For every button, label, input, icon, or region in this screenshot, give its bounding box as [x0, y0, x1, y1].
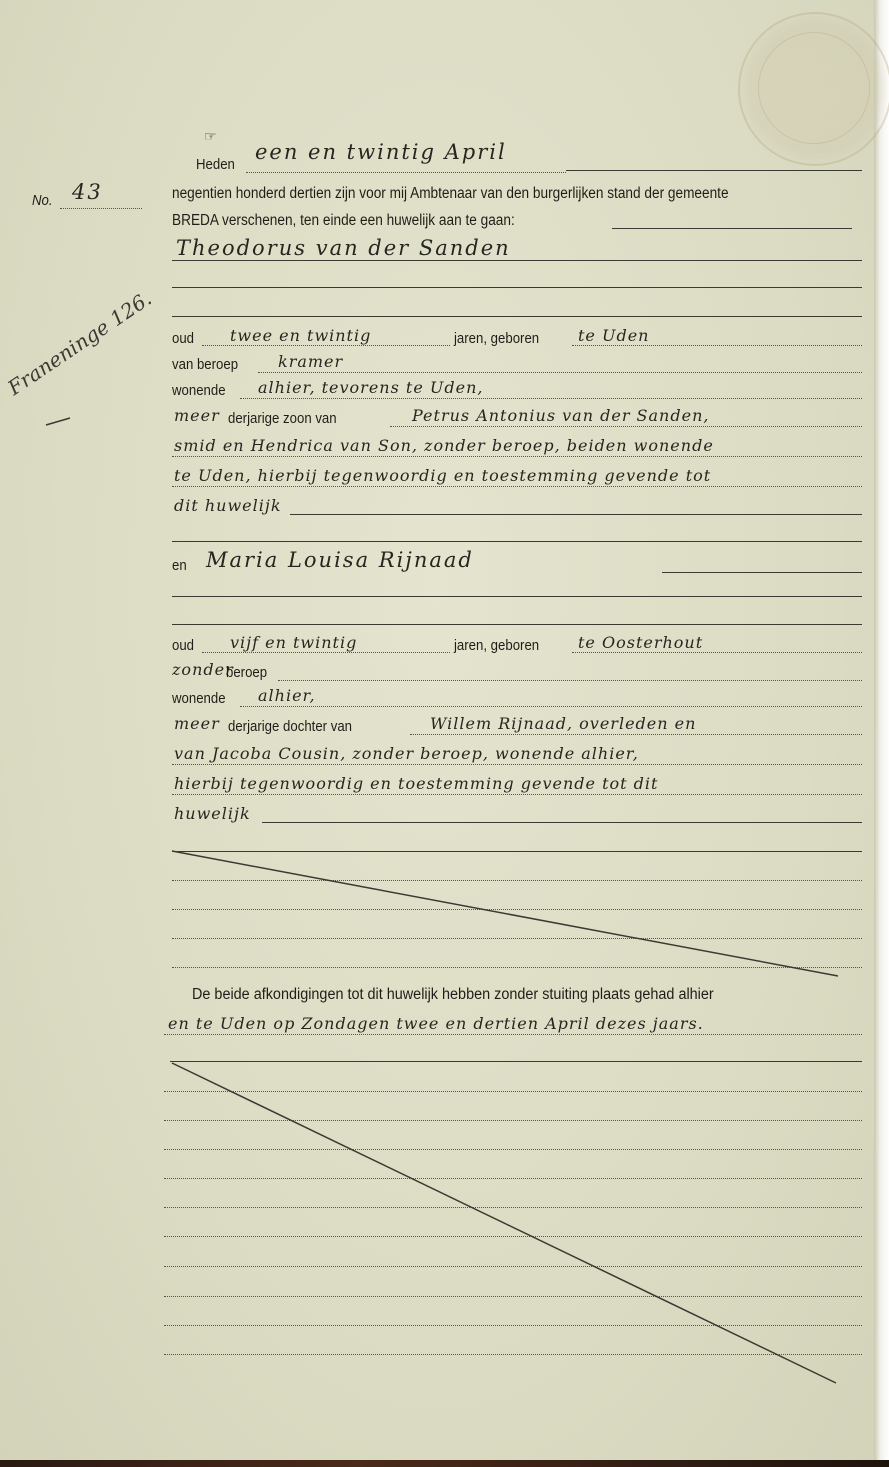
bottom-line-8 — [164, 1296, 862, 1297]
bride-age-line — [202, 652, 450, 653]
groom-residence: alhier, tevorens te Uden, — [258, 378, 483, 397]
bride-birthplace: te Oosterhout — [578, 633, 703, 652]
blank-line-1 — [172, 851, 862, 852]
groom-parents-line4-rule — [290, 514, 862, 515]
groom-son-label: derjarige zoon van — [228, 410, 337, 427]
bride-name-line — [662, 572, 862, 573]
bride-parents-line1-rule — [410, 734, 862, 735]
page-edge — [874, 0, 889, 1467]
bottom-line-9 — [164, 1325, 862, 1326]
seal-inner-ring — [758, 32, 870, 144]
record-number: 43 — [72, 180, 103, 204]
groom-parents-line2-rule — [172, 456, 862, 457]
groom-occupation-line — [258, 372, 862, 373]
groom-occupation: kramer — [278, 352, 343, 371]
bride-en-label: en — [172, 557, 187, 574]
bottom-line-4 — [164, 1178, 862, 1179]
bride-parents-line3-rule — [172, 794, 862, 795]
header-line2: negentien honderd dertien zijn voor mij … — [172, 185, 729, 203]
embossed-seal-icon — [738, 12, 889, 166]
bottom-line-10 — [164, 1354, 862, 1355]
header-line3-fill — [612, 228, 852, 229]
bride-jaren-label: jaren, geboren — [454, 637, 539, 654]
bottom-line-6 — [164, 1236, 862, 1237]
bottom-line-5 — [164, 1207, 862, 1208]
groom-jaren-label: jaren, geboren — [454, 330, 539, 347]
bride-parents-line4: huwelijk — [174, 804, 251, 823]
blank-line-3 — [172, 909, 862, 910]
groom-name-line3 — [172, 316, 862, 317]
bottom-line-1 — [164, 1091, 862, 1092]
groom-name-line — [172, 260, 862, 261]
bride-oud-label: oud — [172, 637, 194, 654]
bottom-line-2 — [164, 1120, 862, 1121]
groom-birthplace-line — [572, 345, 862, 346]
bride-age: vijf en twintig — [230, 633, 357, 652]
groom-age-line — [202, 345, 450, 346]
blank-line-2 — [172, 880, 862, 881]
bride-parents-line2-rule — [172, 764, 862, 765]
bride-beroep-label: beroep — [226, 664, 267, 681]
groom-beroep-label: van beroep — [172, 356, 238, 373]
groom-parents-line2: smid en Hendrica van Son, zonder beroep,… — [174, 436, 714, 455]
bottom-line-7 — [164, 1266, 862, 1267]
bride-wonende-label: wonende — [172, 690, 226, 707]
bottom-line-3 — [164, 1149, 862, 1150]
bottom-line-0 — [170, 1061, 862, 1062]
proclamations-line — [164, 1034, 862, 1035]
groom-name-line2 — [172, 287, 862, 288]
groom-birthplace: te Uden — [578, 326, 649, 345]
record-number-line — [60, 208, 142, 209]
bride-name-line2 — [172, 596, 862, 597]
groom-majority: meer — [174, 406, 220, 425]
groom-name: Theodorus van der Sanden — [176, 236, 511, 260]
date-line-fill — [566, 170, 862, 171]
proclamations-printed: De beide afkondigingen tot dit huwelijk … — [192, 986, 714, 1004]
groom-parents-line3: te Uden, hierbij tegenwoordig en toestem… — [174, 466, 711, 485]
bride-parents-line1: Willem Rijnaad, overleden en — [430, 714, 696, 733]
bride-daughter-label: derjarige dochter van — [228, 718, 352, 735]
bride-occupation-prefix: zonder — [172, 660, 234, 679]
bride-name: Maria Louisa Rijnaad — [206, 548, 474, 572]
groom-residence-line — [240, 398, 862, 399]
groom-parents-line1: Petrus Antonius van der Sanden, — [412, 406, 709, 425]
bride-parents-line2: van Jacoba Cousin, zonder beroep, wonend… — [174, 744, 639, 763]
groom-age: twee en twintig — [230, 326, 371, 345]
hand-pointer-icon: ☞ — [204, 128, 217, 145]
date-handwritten: een en twintig April — [255, 140, 507, 164]
groom-parents-line4: dit huwelijk — [174, 496, 282, 515]
bride-name-line3 — [172, 624, 862, 625]
bride-occupation-line — [278, 680, 862, 681]
bride-residence-line — [240, 706, 862, 707]
bride-majority: meer — [174, 714, 220, 733]
bride-birthplace-line — [572, 652, 862, 653]
groom-oud-label: oud — [172, 330, 194, 347]
groom-parents-line1-rule — [390, 426, 862, 427]
header-line3: BREDA verschenen, ten einde een huwelijk… — [172, 212, 515, 230]
book-bottom-edge — [0, 1460, 889, 1467]
date-line — [246, 172, 566, 173]
bride-parents-line3: hierbij tegenwoordig en toestemming geve… — [174, 774, 658, 793]
groom-parents-line3-rule — [172, 486, 862, 487]
groom-section-end — [172, 541, 862, 542]
proclamations-handwritten: en te Uden op Zondagen twee en dertien A… — [168, 1014, 704, 1033]
bride-residence: alhier, — [258, 686, 316, 705]
blank-line-5 — [172, 967, 862, 968]
groom-wonende-label: wonende — [172, 382, 226, 399]
bride-parents-line4-rule — [262, 822, 862, 823]
record-number-label: No. — [32, 192, 53, 209]
heden-label: Heden — [196, 156, 235, 173]
blank-line-4 — [172, 938, 862, 939]
